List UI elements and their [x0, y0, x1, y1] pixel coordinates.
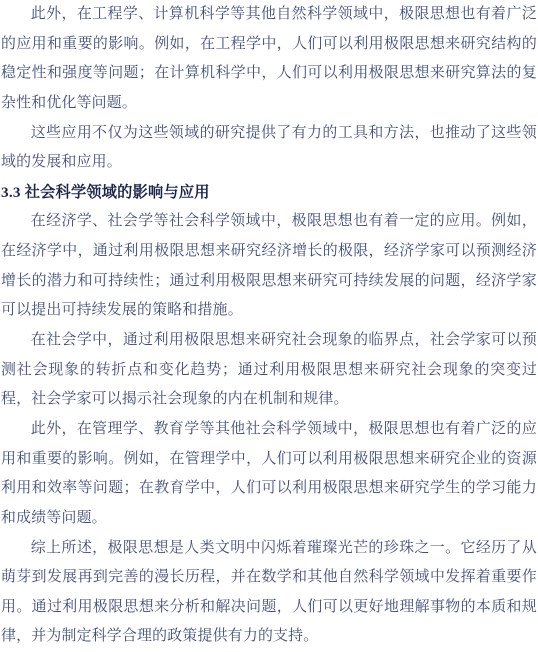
paragraph-sociology-critical-points: 在社会学中，通过利用极限思想来研究社会现象的临界点，社会学家可以预测社会现象的转… [1, 326, 537, 415]
document-page: 此外，在工程学、计算机科学等其他自然科学领域中，极限思想也有着广泛的应用和重要的… [0, 0, 538, 652]
paragraph-conclusion: 综上所述，极限思想是人类文明中闪烁着璀璨光芒的珍珠之一。它经历了从萌芽到发展再到… [1, 534, 537, 652]
paragraph-management-education: 此外，在管理学、教育学等其他社会科学领域中，极限思想也有着广泛的应用和重要的影响… [1, 415, 537, 534]
paragraph-engineering-cs-applications: 此外，在工程学、计算机科学等其他自然科学领域中，极限思想也有着广泛的应用和重要的… [1, 0, 537, 119]
section-heading-3-3: 3.3 社会科学领域的影响与应用 [1, 178, 537, 208]
paragraph-economics-sociology: 在经济学、社会学等社会科学领域中，极限思想也有着一定的应用。例如，在经济学中，通… [1, 207, 537, 326]
paragraph-applications-promote-fields: 这些应用不仅为这些领域的研究提供了有力的工具和方法，也推动了这些领域的发展和应用… [1, 119, 537, 178]
